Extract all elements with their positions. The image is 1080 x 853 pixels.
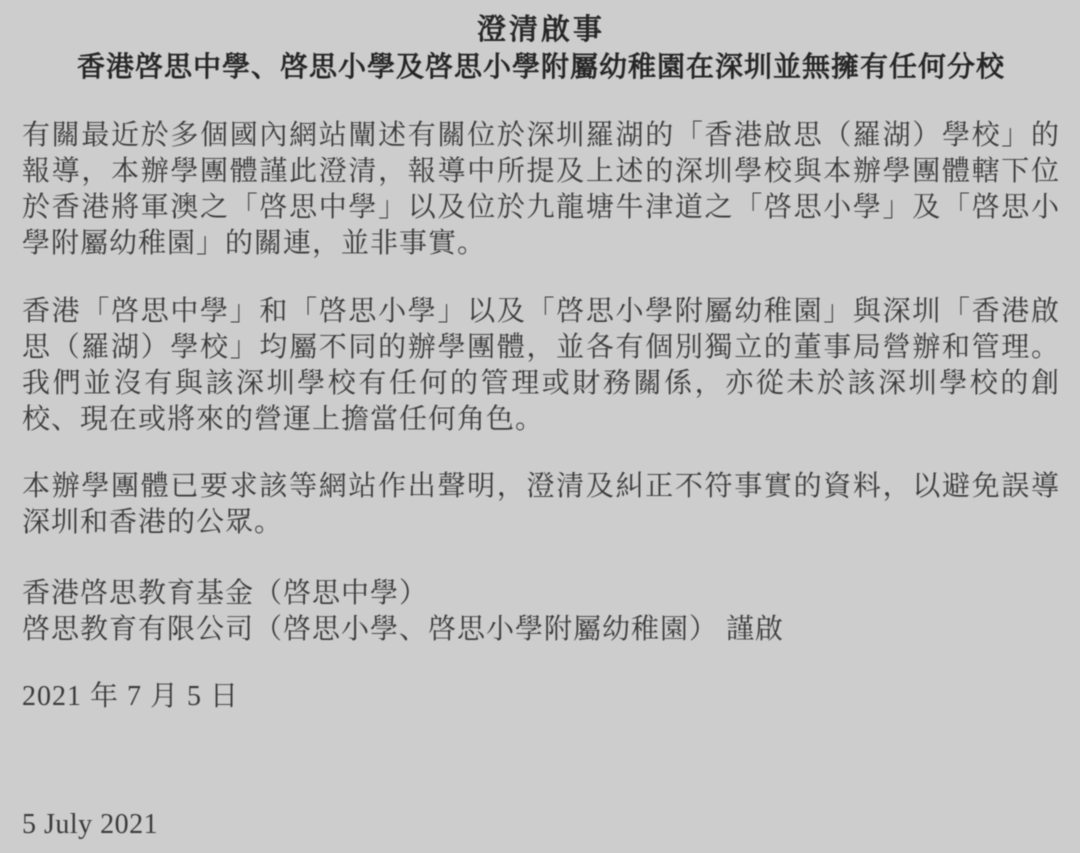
- signature-block: 香港啓思教育基金（啓思中學） 啓思教育有限公司（啓思小學、啓思小學附屬幼稚園） …: [22, 576, 1060, 648]
- date-chinese: 2021 年 7 月 5 日: [22, 679, 1060, 715]
- date-english: 5 July 2021: [22, 807, 1060, 843]
- notice-paragraph-3: 本辦學團體已要求該等網站作出聲明，澄清及糾正不符事實的資料，以避免誤導深圳和香港…: [22, 469, 1060, 541]
- notice-title: 澄清啟事: [22, 12, 1060, 49]
- signatory-company: 啓思教育有限公司（啓思小學、啓思小學附屬幼稚園） 謹啟: [22, 612, 1060, 648]
- clarification-notice-document: 澄清啟事 香港啓思中學、啓思小學及啓思小學附屬幼稚園在深圳並無擁有任何分校 有關…: [0, 0, 1080, 853]
- notice-paragraph-1: 有關最近於多個國內網站闡述有關位於深圳羅湖的「香港啟思（羅湖）學校」的報導，本辦…: [22, 118, 1060, 262]
- notice-paragraph-2: 香港「啓思中學」和「啓思小學」以及「啓思小學附屬幼稚園」與深圳「香港啟思（羅湖）…: [22, 294, 1060, 438]
- signatory-foundation: 香港啓思教育基金（啓思中學）: [22, 576, 1060, 612]
- notice-subtitle: 香港啓思中學、啓思小學及啓思小學附屬幼稚園在深圳並無擁有任何分校: [22, 49, 1060, 86]
